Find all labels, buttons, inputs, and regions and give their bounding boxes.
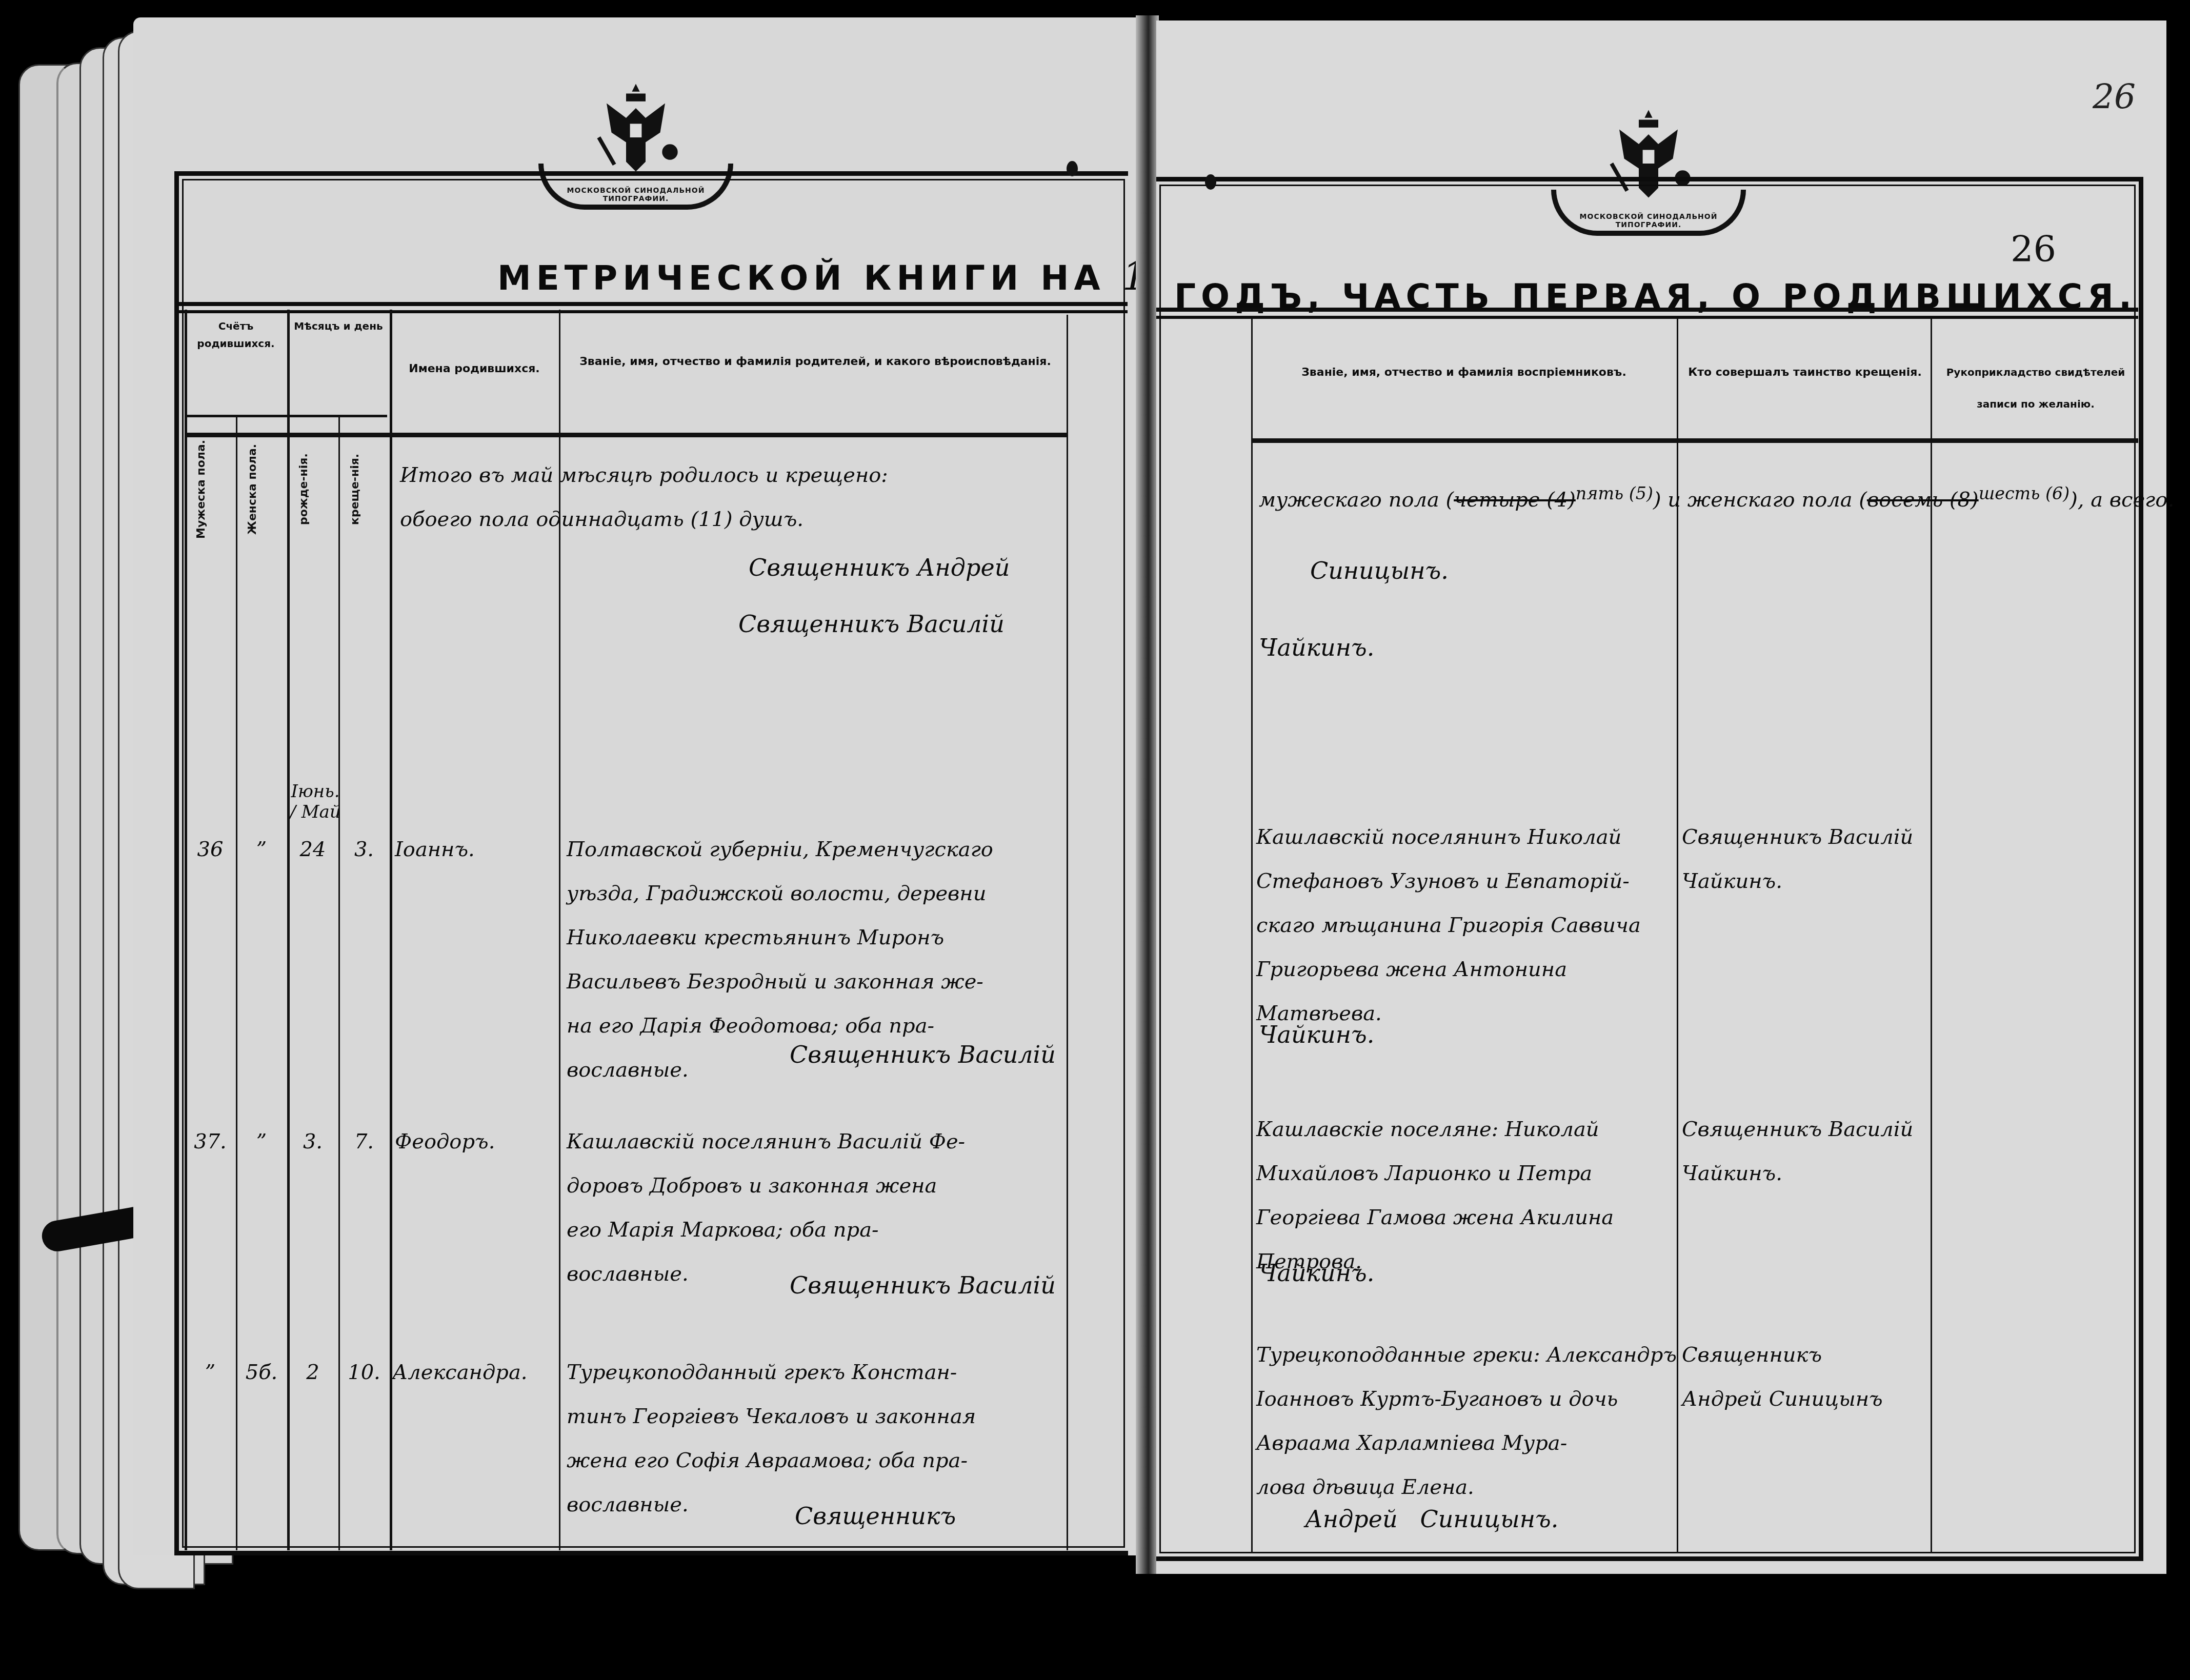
subheader-rule: [187, 415, 387, 417]
signature-priest-andrey: Священникъ Андрей: [749, 545, 1010, 590]
right-page: 26 МОСКОВСКОЙ СИНОДАЛЬНОЙ ТИПОГРАФИИ. ГО…: [1156, 21, 2166, 1574]
col-line: [1251, 318, 1253, 1553]
book-spine-gutter: [1136, 15, 1159, 1574]
col-line: [1067, 315, 1068, 1550]
entry-month-note: Іюнь. / Май: [287, 781, 344, 822]
corrected-female-count: шесть (6): [1979, 483, 2070, 503]
col-header-parents: Званіе, имя, отчество и фамилія родителе…: [569, 346, 1061, 378]
entry-godparents-signature: Чайкинъ.: [1259, 1251, 1374, 1295]
entry-number: ”: [185, 1350, 236, 1394]
entry-officiant: Священникъ Василій Чайкинъ.: [1682, 815, 1928, 903]
header-rule: [179, 302, 1128, 313]
entry-baptism-day: 3.: [338, 827, 390, 872]
signature-chaikin: Чайкинъ.: [1259, 625, 1374, 670]
binding-hole: [1067, 161, 1078, 176]
col-header-names: Имена родившихся.: [392, 358, 556, 380]
col-header-male: Мужеска пола.: [195, 422, 231, 556]
entry-parents-signature: Священникъ: [795, 1494, 956, 1538]
printed-page-number: 26: [2011, 228, 2056, 270]
monthly-summary-continuation: мужескаго пола (четыре (4)пять (5)) и же…: [1259, 472, 2141, 522]
entry-child-name: Феодоръ.: [395, 1120, 495, 1164]
col-header-officiant: Кто совершалъ таинство крещенія.: [1684, 356, 1925, 389]
entry-godparents: Кашлавскій поселянинъ Николай Стефановъ …: [1256, 815, 1682, 1036]
entry-baptism-day: 7.: [338, 1120, 390, 1164]
struck-male-count: четыре (4): [1454, 488, 1576, 512]
entry-number: 36: [185, 827, 236, 872]
entry-officiant: Священникъ Андрей Синицынъ: [1682, 1333, 1928, 1421]
summary-text: ), а всего.: [2070, 488, 2174, 512]
col-header-female: Женска пола.: [246, 422, 282, 556]
entry-female-number: 5б.: [236, 1350, 287, 1394]
signature-priest-vasily: Священникъ Василій: [738, 602, 1004, 646]
col-header-date: Мѣсяцъ и день: [290, 317, 387, 335]
entry-godparents-signature: Андрей Синицынъ.: [1305, 1497, 1558, 1541]
entry-child-name: Іоаннъ.: [395, 827, 475, 872]
col-header-birth: рожде-нія.: [297, 422, 333, 556]
entry-birth-day: 24: [287, 827, 338, 872]
col-header-witnesses: Рукоприкладство свидѣтелей записи по жел…: [1936, 356, 2136, 420]
corrected-male-count: пять (5): [1576, 483, 1653, 503]
title-text: МЕТРИЧЕСКОЙ КНИГИ НА: [497, 258, 1106, 298]
entry-female-mark: ”: [236, 827, 287, 872]
handwritten-page-number: 26: [2093, 77, 2136, 116]
entry-parents-signature: Священникъ Василій: [790, 1033, 1056, 1077]
col-header-godparents: Званіе, имя, отчество и фамилія воспріем…: [1259, 356, 1669, 389]
entry-child-name: Александра.: [392, 1350, 527, 1394]
entry-parents-signature: Священникъ Василій: [790, 1263, 1056, 1307]
left-page: МОСКОВСКОЙ СИНОДАЛЬНОЙ ТИПОГРАФИИ. МЕТРИ…: [133, 17, 1138, 1555]
col-header-count: Счётъ родившихся.: [187, 317, 285, 352]
entry-number: 37.: [185, 1120, 236, 1164]
binding-hole: [1205, 174, 1216, 190]
monthly-summary-text: Итого въ май мѣсяцѣ родилось и крещено: …: [400, 453, 1067, 541]
entry-officiant: Священникъ Василій Чайкинъ.: [1682, 1107, 1928, 1196]
entry-godparents-signature: Чайкинъ.: [1259, 1013, 1374, 1057]
header-bottom-rule: [1251, 438, 2138, 443]
col-header-baptism: креще-нія.: [349, 422, 385, 556]
entry-baptism-day: 10.: [338, 1350, 390, 1394]
entry-birth-day: 2: [287, 1350, 338, 1394]
struck-female-count: восемь (8): [1867, 488, 1979, 512]
entry-female-mark: ”: [236, 1120, 287, 1164]
entry-godparents: Турецкоподданные греки: Александръ Іоанн…: [1256, 1333, 1682, 1509]
entry-birth-day: 3.: [287, 1120, 338, 1164]
signature-sinitsyn: Синицынъ.: [1310, 549, 1449, 593]
header-rule: [1156, 308, 2138, 319]
summary-text: мужескаго пола (: [1259, 488, 1454, 512]
summary-text: ) и женскаго пола (: [1653, 488, 1867, 512]
